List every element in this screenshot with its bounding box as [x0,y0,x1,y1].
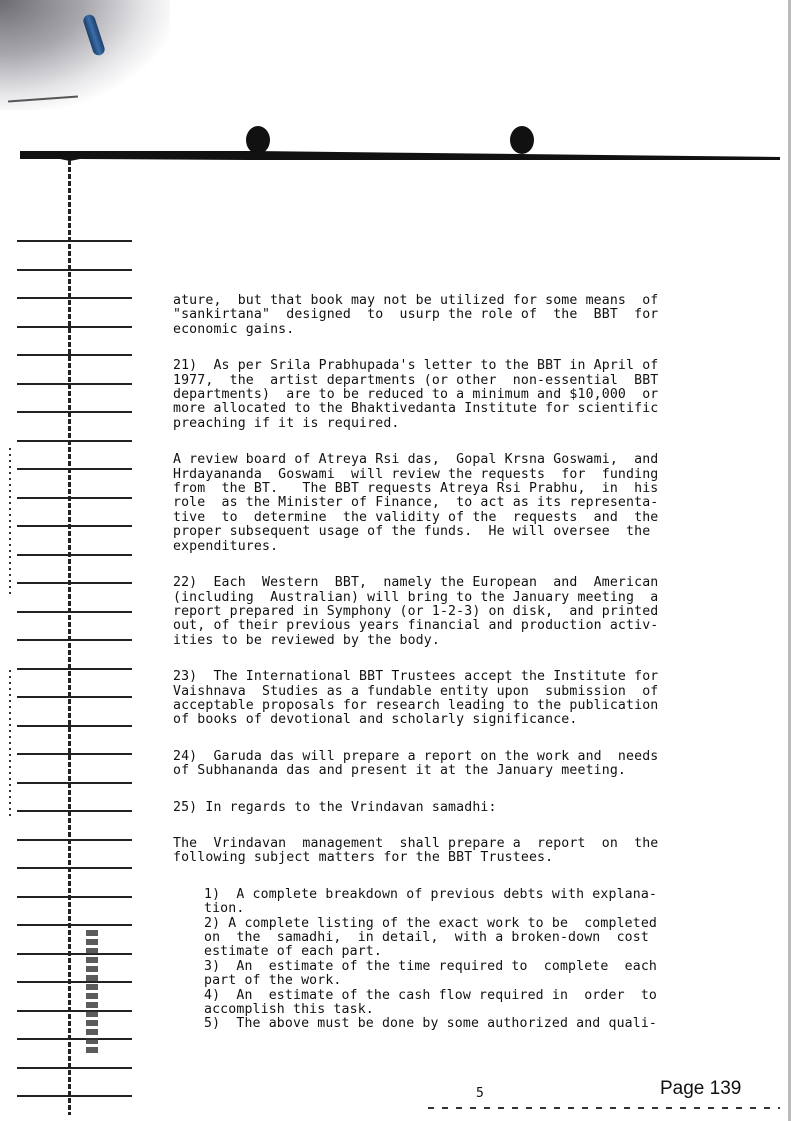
text-line: following subject matters for the BBT Tr… [173,851,765,865]
list-item: 4) An estimate of the cash flow required… [204,989,765,1018]
binding-tick [17,554,132,556]
text-line: 22) Each Western BBT, namely the Europea… [173,576,765,590]
text-line: 3) An estimate of the time required to c… [204,960,765,974]
text-line: role as the Minister of Finance, to act … [173,496,765,510]
text-line: (including Australian) will bring to the… [173,591,765,605]
text-line: The Vrindavan management shall prepare a… [173,837,765,851]
text-line: estimate of each part. [204,945,765,959]
binding-tick [17,611,132,613]
binding-tick [17,867,132,869]
list-item: 1) A complete breakdown of previous debt… [204,888,765,917]
document-body: ature, but that book may not be utilized… [173,294,765,1032]
binding-tick [17,782,132,784]
binding-tick [17,668,132,670]
text-line: ature, but that book may not be utilized… [173,294,765,308]
binding-tick [17,1067,132,1069]
text-line: of books of devotional and scholarly sig… [173,713,765,727]
binding-tick [17,525,132,527]
paragraph-item-23: 23) The International BBT Trustees accep… [173,670,765,728]
bottom-rule [428,1107,780,1109]
text-line: out, of their previous years financial a… [173,619,765,633]
paragraph-item-24: 24) Garuda das will prepare a report on … [173,750,765,779]
text-line: tive to determine the validity of the re… [173,511,765,525]
samadhi-report-list: 1) A complete breakdown of previous debt… [173,888,765,1032]
text-line: acceptable proposals for research leadin… [173,699,765,713]
text-line: of Subhananda das and present it at the … [173,764,765,778]
margin-dots [9,448,11,598]
page-number: 5 [476,1086,484,1101]
text-line: 24) Garuda das will prepare a report on … [173,750,765,764]
text-line: "sankirtana" designed to usurp the role … [173,308,765,322]
binding-tick [17,896,132,898]
text-line: 1) A complete breakdown of previous debt… [204,888,765,902]
page-right-edge [788,0,791,1121]
binding-tick [17,497,132,499]
text-line: accomplish this task. [204,1003,765,1017]
binding-tick [17,297,132,299]
text-line: 25) In regards to the Vrindavan samadhi: [173,801,765,815]
text-line: on the samadhi, in detail, with a broken… [204,931,765,945]
text-line: Vaishnava Studies as a fundable entity u… [173,685,765,699]
binding-tick [17,981,132,983]
text-line: A review board of Atreya Rsi das, Gopal … [173,453,765,467]
text-line: Hrdayananda Goswami will review the requ… [173,468,765,482]
text-line: 1977, the artist departments (or other n… [173,374,765,388]
binding-tick [17,440,132,442]
paragraph-item-25: 25) In regards to the Vrindavan samadhi: [173,801,765,815]
text-line: preaching if it is required. [173,417,765,431]
text-line: 23) The International BBT Trustees accep… [173,670,765,684]
paragraph-item-21: 21) As per Srila Prabhupada's letter to … [173,359,765,431]
binding-tick [17,753,132,755]
binding-tick [17,326,132,328]
vertical-stamp [86,930,98,1055]
text-line: 2) A complete listing of the exact work … [204,917,765,931]
text-line: ities to be reviewed by the body. [173,634,765,648]
binding-tick [17,696,132,698]
binding-tick [17,839,132,841]
binding-tick [17,269,132,271]
punch-hole [246,126,270,154]
text-line: part of the work. [204,974,765,988]
text-line: economic gains. [173,323,765,337]
binding-tick [17,1010,132,1012]
list-item: 5) The above must be done by some author… [204,1017,765,1031]
top-rule [20,151,780,161]
binding-tick [17,953,132,955]
binding-tick [17,383,132,385]
page-label: Page 139 [660,1078,741,1100]
text-line: tion. [204,902,765,916]
margin-dots [9,670,11,820]
text-line: expenditures. [173,540,765,554]
text-line: report prepared in Symphony (or 1-2-3) o… [173,605,765,619]
text-line: departments) are to be reduced to a mini… [173,388,765,402]
punch-hole [510,126,534,154]
text-line: 4) An estimate of the cash flow required… [204,989,765,1003]
paragraph-vrindavan-management: The Vrindavan management shall prepare a… [173,837,765,866]
text-line: from the BT. The BBT requests Atreya Rsi… [173,482,765,496]
binding-tick [17,411,132,413]
binding-tick [17,468,132,470]
binding-tick [17,810,132,812]
list-item: 2) A complete listing of the exact work … [204,917,765,960]
binding-tick [17,354,132,356]
binding-tick [17,240,132,242]
binding-tick [17,924,132,926]
list-item: 3) An estimate of the time required to c… [204,960,765,989]
binding-tick [17,1095,132,1097]
binding-tick [17,1038,132,1040]
text-line: 5) The above must be done by some author… [204,1017,765,1031]
binding-spine [68,160,71,1115]
text-line: more allocated to the Bhaktivedanta Inst… [173,402,765,416]
binding-tick [17,725,132,727]
paragraph-item-22: 22) Each Western BBT, namely the Europea… [173,576,765,648]
text-line: 21) As per Srila Prabhupada's letter to … [173,359,765,373]
binding-tick [17,582,132,584]
paragraph-review-board: A review board of Atreya Rsi das, Gopal … [173,453,765,554]
text-line: proper subsequent usage of the funds. He… [173,525,765,539]
paragraph-continuation: ature, but that book may not be utilized… [173,294,765,337]
binding-tick [17,639,132,641]
